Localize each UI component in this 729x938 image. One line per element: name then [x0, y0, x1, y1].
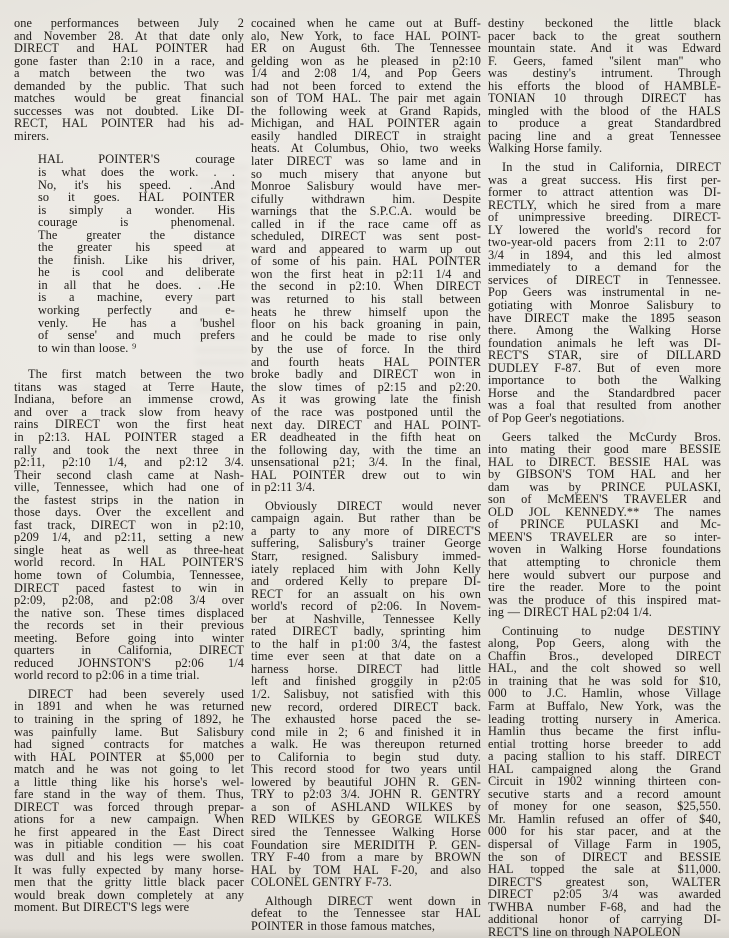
- text-line: was returned to his stall between: [251, 293, 481, 306]
- text-line: This record stood for two years until: [251, 763, 481, 776]
- text-line: those days. Over the excellent and: [14, 506, 244, 519]
- text-line: ER on August 6th. The Tennessee: [251, 42, 481, 55]
- text-line: was destiny's intrument. Through: [488, 67, 721, 80]
- text-line: Farm at Buffalo, New York, was the: [488, 700, 721, 713]
- column-1: one performances between July 2and Novem…: [14, 17, 244, 938]
- text-line: The first match between the two: [14, 368, 244, 381]
- text-line: working perfectly and e-: [38, 304, 235, 317]
- text-line: one performances between July 2: [14, 17, 244, 30]
- text-line: dispersal of Village Farm in 1905,: [488, 838, 721, 851]
- paragraph: Continuing to nudge DESTINYalong, Pop Ge…: [488, 625, 721, 938]
- text-line: the greater his speed at: [38, 241, 235, 254]
- text-line: had signed contracts for matches: [14, 738, 244, 751]
- text-line: a pacing stallion to his staff. DIRECT: [488, 750, 721, 763]
- text-line: and ordered Kelly to prepare DI-: [251, 575, 481, 588]
- text-line: of PRINCE PULASKI and Mc-: [488, 518, 721, 531]
- text-line: POINTER in those famous matches,: [251, 920, 481, 933]
- text-line: mountain state. And it was Edward: [488, 42, 721, 55]
- text-line: two-year-old pacers from 2:11 to 2:07: [488, 236, 721, 249]
- text-line: unsensational p21; 3/4. In the final,: [251, 456, 481, 469]
- text-line: mirers.: [14, 130, 244, 143]
- text-line: campaign again. But rather than be: [251, 512, 481, 525]
- text-line: moment. But DIRECT'S legs were: [14, 901, 244, 914]
- text-line: Starr, resigned. Salisbury immed-: [251, 550, 481, 563]
- text-line: importance to both the Walking: [488, 374, 721, 387]
- paragraph: one performances between July 2and Novem…: [14, 17, 244, 142]
- text-line: RECT'S line on through NAPOLEON: [488, 926, 721, 938]
- text-line: 1/4 and 2:08 1/4, and Pop Geers: [251, 67, 481, 80]
- text-line: defeat to the Tennessee star HAL: [251, 907, 481, 920]
- text-line: DIRECT and HAL POINTER had: [14, 42, 244, 55]
- text-line: TONIAN 10 through DIRECT has: [488, 92, 721, 105]
- text-line: a match between the two was: [14, 67, 244, 80]
- text-line: The exhausted horse paced the se-: [251, 713, 481, 726]
- text-line: DIRECT p2:05 3/4 was awarded: [488, 888, 721, 901]
- paragraph: The first match between the twotitans wa…: [14, 368, 244, 682]
- paragraph: destiny beckoned the little blackpacer b…: [488, 17, 721, 155]
- text-line: of the race was postponed until the: [251, 406, 481, 419]
- text-line: home town of Columbia, Tennessee,: [14, 569, 244, 582]
- text-line: tire the reader. More to the point: [488, 581, 721, 594]
- text-line: Monroe Salisbury would have mer-: [251, 180, 481, 193]
- text-line: along, Pop Geers, along with the: [488, 637, 721, 650]
- text-line: later DIRECT was so lame and in: [251, 155, 481, 168]
- paragraph: cocained when he came out at Buff-alo, N…: [251, 17, 481, 494]
- text-line: there. Among the Walking Horse: [488, 324, 721, 337]
- text-line: a walk. He was thereupon returned: [251, 738, 481, 751]
- text-line: scheduled, DIRECT was sent post-: [251, 230, 481, 243]
- paragraph: Although DIRECT went down indefeat to th…: [251, 895, 481, 933]
- text-line: of sense' and much prefers: [38, 329, 235, 342]
- text-line: the records set in their previous: [14, 619, 244, 632]
- text-line: time ever seen at that date on a: [251, 650, 481, 663]
- text-line: Hamlin thus became the first influ-: [488, 725, 721, 738]
- text-line: floor on his back groaning in pain,: [251, 318, 481, 331]
- text-line: destiny beckoned the little black: [488, 17, 721, 30]
- text-line: fare stand in the way of them. Thus,: [14, 788, 244, 801]
- text-line: world record to p2:06 in a time trial.: [14, 669, 244, 682]
- text-line: HAL topped the sale at $11,000.: [488, 863, 721, 876]
- text-line: ER deadheated in the fifth heat on: [251, 431, 481, 444]
- text-line: former to attract attention was DI-: [488, 186, 721, 199]
- text-line: in p2:13. HAL POINTER staged a: [14, 431, 244, 444]
- text-line: p2:11, p2:10 1/4, and p2:12 3/4.: [14, 456, 244, 469]
- column-3: destiny beckoned the little blackpacer b…: [488, 17, 721, 938]
- text-line: match and he was not going to let: [14, 763, 244, 776]
- text-line: of Pop Geer's negotiations.: [488, 412, 721, 425]
- text-line: ing — DIRECT HAL p2:04 1/4.: [488, 606, 721, 619]
- text-line: courage is phenomenal.: [38, 216, 235, 229]
- text-line: to training in the spring of 1892, he: [14, 713, 244, 726]
- text-line: was dull and his legs were swollen.: [14, 851, 244, 864]
- text-line: sired the Tennessee Walking Horse: [251, 826, 481, 839]
- block-quote: HAL POINTER'S courageis what does the wo…: [38, 153, 235, 354]
- text-line: to win than loose. ⁹: [38, 342, 235, 355]
- text-line: son of McMEEN'S TRAVELER and: [488, 493, 721, 506]
- text-line: quarters in California, DIRECT: [14, 644, 244, 657]
- text-line: so it goes. HAL POINTER: [38, 191, 235, 204]
- text-line: cocained when he came out at Buff-: [251, 17, 481, 30]
- text-line: warnings that the S.P.C.A. would be: [251, 205, 481, 218]
- text-line: ville, Tennessee, which had one of: [14, 481, 244, 494]
- text-line: RECT'S STAR, sire of DILLARD: [488, 349, 721, 362]
- text-line: world's record of p2:06. In Novem-: [251, 600, 481, 613]
- paragraph: DIRECT had been severely usedin 1891 and…: [14, 688, 244, 914]
- text-line: is what does the work. . .: [38, 166, 235, 179]
- text-line: Indiana, before an immense crowd,: [14, 393, 244, 406]
- text-line: p209 1/4, and p2:11, setting a new: [14, 531, 244, 544]
- text-line: of unimpressive breeding. DIRECT-: [488, 211, 721, 224]
- text-line: by the use of force. In the third: [251, 343, 481, 356]
- scanned-book-page: one performances between July 2and Novem…: [0, 0, 729, 938]
- paragraph: Obviously DIRECT would nevercampaign aga…: [251, 500, 481, 889]
- text-line: additional honor of carrying DI-: [488, 913, 721, 926]
- paragraph: Geers talked the McCurdy Bros.into matin…: [488, 431, 721, 619]
- text-line: Circuit in 1902 winning thirteen con-: [488, 775, 721, 788]
- text-line: broke badly and DIRECT won in: [251, 368, 481, 381]
- column-2: cocained when he came out at Buff-alo, N…: [251, 17, 481, 938]
- text-line: gotiating with Monroe Salisbury to: [488, 299, 721, 312]
- text-line: that attempting to chronicle them: [488, 556, 721, 569]
- text-line: In the stud in California, DIRECT: [488, 161, 721, 174]
- text-line: Walking Horse family.: [488, 142, 721, 155]
- paragraph: In the stud in California, DIRECTwas a g…: [488, 161, 721, 424]
- text-line: matches would be great financial: [14, 92, 244, 105]
- text-line: by GIBSON'S TOM HAL and her: [488, 468, 721, 481]
- text-line: in p2:11 3/4.: [251, 481, 481, 494]
- text-line: men that the gritty little black pacer: [14, 876, 244, 889]
- text-line: HAL, and the colt showed so well: [488, 662, 721, 675]
- text-line: into mating their good mare BESSIE: [488, 443, 721, 456]
- text-line: COLONEL GENTRY F-73.: [251, 876, 481, 889]
- text-line: son of TOM HAL. The pair met again: [251, 92, 481, 105]
- text-line: p2:09, p2:08, and p2:08 3/4 over: [14, 594, 244, 607]
- text-line: TRY F-40 from a mare by BROWN: [251, 851, 481, 864]
- text-columns: one performances between July 2and Novem…: [14, 17, 721, 938]
- text-line: rated DIRECT badly, sprinting him: [251, 625, 481, 638]
- text-line: 1/2. Salisbuy, not satisfied with this: [251, 688, 481, 701]
